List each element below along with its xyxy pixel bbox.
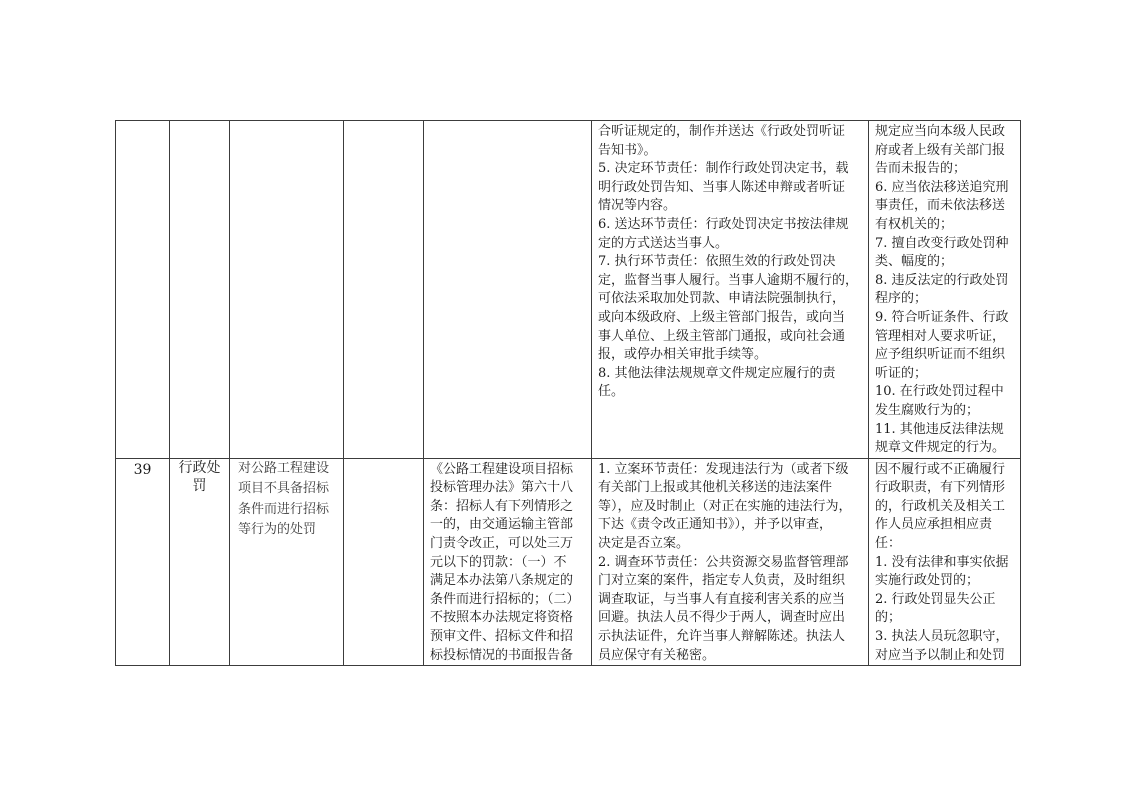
text-line: 6. 应当依法移送追究刑 — [875, 179, 1016, 198]
text-line: 7. 擅自改变行政处罚种 — [875, 235, 1016, 254]
type-text: 行政处罚 — [170, 459, 229, 495]
text-line: 条：招标人有下列情形之 — [430, 498, 587, 517]
duty-text: 合听证规定的，制作并送达《行政处罚听证告知书》。5. 决定环节责任：制作行政处罚… — [592, 121, 868, 402]
duty-text: 1. 立案环节责任：发现违法行为（或者下级有关部门上报或其他机关移送的违法案件等… — [592, 459, 868, 666]
text-line: 等行为的处罚 — [238, 520, 339, 541]
text-line: 或向本级政府、上级主管部门报告，或向当 — [598, 309, 864, 328]
text-line: 8. 其他法律法规规章文件规定应履行的责 — [598, 365, 864, 384]
document-page: 合听证规定的，制作并送达《行政处罚听证告知书》。5. 决定环节责任：制作行政处罚… — [0, 0, 1122, 793]
text-line: 10. 在行政处罚过程中 — [875, 383, 1016, 402]
cell-item-name: 对公路工程建设项目不具备招标条件而进行招标等行为的处罚 — [230, 458, 344, 666]
text-line: 行政职责，有下列情形 — [875, 479, 1016, 498]
text-line: 作人员应承担相应责 — [875, 516, 1016, 535]
responsibility-table: 合听证规定的，制作并送达《行政处罚听证告知书》。5. 决定环节责任：制作行政处罚… — [115, 120, 1021, 666]
text-line: 决定是否立案。 — [598, 535, 864, 554]
text-line: 6. 送达环节责任：行政处罚决定书按法律规 — [598, 216, 864, 235]
seq-number: 39 — [134, 462, 152, 478]
cell-sub-item — [344, 458, 424, 666]
text-line: 可依法采取加处罚款、申请法院强制执行， — [598, 290, 864, 309]
table-row: 合听证规定的，制作并送达《行政处罚听证告知书》。5. 决定环节责任：制作行政处罚… — [116, 121, 1021, 459]
text-line: 投标管理办法》第六十八 — [430, 479, 587, 498]
text-line: 8. 违反法定的行政处罚 — [875, 272, 1016, 291]
text-line: 应予组织听证而不组织 — [875, 346, 1016, 365]
text-line: 2. 调查环节责任：公共资源交易监督管理部 — [598, 554, 864, 573]
text-line: 府或者上级有关部门报 — [875, 142, 1016, 161]
text-line: 项目不具备招标 — [238, 479, 339, 500]
text-line: 实施行政处罚的； — [875, 572, 1016, 591]
cell-sub-item — [344, 121, 424, 459]
text-line: 《公路工程建设项目招标 — [430, 461, 587, 480]
text-line: 规章文件规定的行为。 — [875, 439, 1016, 458]
cell-duty: 1. 立案环节责任：发现违法行为（或者下级有关部门上报或其他机关移送的违法案件等… — [592, 458, 869, 666]
text-line: 1. 立案环节责任：发现违法行为（或者下级 — [598, 461, 864, 480]
cell-legal-basis: 《公路工程建设项目招标投标管理办法》第六十八条：招标人有下列情形之一的，由交通运… — [424, 458, 592, 666]
text-line: 行政处 — [170, 459, 229, 477]
cell-type: 行政处罚 — [170, 458, 230, 666]
cell-accountability: 因不履行或不正确履行行政职责，有下列情形的，行政机关及相关工作人员应承担相应责任… — [869, 458, 1021, 666]
text-line: 管理相对人要求听证， — [875, 328, 1016, 347]
text-line: 有权机关的； — [875, 216, 1016, 235]
text-line: 任： — [875, 535, 1016, 554]
text-line: 门对立案的案件，指定专人负责，及时组织 — [598, 572, 864, 591]
text-line: 任。 — [598, 383, 864, 402]
text-line: 因不履行或不正确履行 — [875, 461, 1016, 480]
cell-duty: 合听证规定的，制作并送达《行政处罚听证告知书》。5. 决定环节责任：制作行政处罚… — [592, 121, 869, 459]
text-line: 告知书》。 — [598, 142, 864, 161]
cell-accountability: 规定应当向本级人民政府或者上级有关部门报告而未报告的；6. 应当依法移送追究刑事… — [869, 121, 1021, 459]
text-line: 报，或停办相关审批手续等。 — [598, 346, 864, 365]
text-line: 调查取证，与当事人有直接利害关系的应当 — [598, 591, 864, 610]
cell-seq: 39 — [116, 458, 170, 666]
accountability-text: 规定应当向本级人民政府或者上级有关部门报告而未报告的；6. 应当依法移送追究刑事… — [869, 121, 1020, 458]
cell-item-name — [230, 121, 344, 459]
item-name-text: 对公路工程建设项目不具备招标条件而进行招标等行为的处罚 — [230, 459, 343, 541]
text-line: 2. 行政处罚显失公正 — [875, 591, 1016, 610]
text-line: 5. 决定环节责任：制作行政处罚决定书，载 — [598, 160, 864, 179]
text-line: 1. 没有法律和事实依据 — [875, 554, 1016, 573]
text-line: 情况等内容。 — [598, 197, 864, 216]
text-line: 有关部门上报或其他机关移送的违法案件 — [598, 479, 864, 498]
text-line: 明行政处罚告知、当事人陈述申辩或者听证 — [598, 179, 864, 198]
text-line: 对应当予以制止和处罚 — [875, 647, 1016, 666]
text-line: 听证的； — [875, 365, 1016, 384]
text-line: 定，监督当事人履行。当事人逾期不履行的， — [598, 272, 864, 291]
text-line: 示执法证件，允许当事人辩解陈述。执法人 — [598, 628, 864, 647]
text-line: 一的，由交通运输主管部 — [430, 516, 587, 535]
table-row: 39 行政处罚 对公路工程建设项目不具备招标条件而进行招标等行为的处罚 《公路工… — [116, 458, 1021, 666]
text-line: 条件而进行招标 — [238, 500, 339, 521]
text-line: 员应保守有关秘密。 — [598, 647, 864, 666]
text-line: 类、幅度的； — [875, 253, 1016, 272]
text-line: 9. 符合听证条件、行政 — [875, 309, 1016, 328]
text-line: 程序的； — [875, 290, 1016, 309]
text-line: 预审文件、招标文件和招 — [430, 628, 587, 647]
text-line: 下达《责令改正通知书》），并予以审查， — [598, 516, 864, 535]
text-line: 合听证规定的，制作并送达《行政处罚听证 — [598, 123, 864, 142]
text-line: 不按照本办法规定将资格 — [430, 609, 587, 628]
text-line: 规定应当向本级人民政 — [875, 123, 1016, 142]
text-line: 事责任，而未依法移送 — [875, 197, 1016, 216]
text-line: 回避。执法人员不得少于两人，调查时应出 — [598, 609, 864, 628]
text-line: 事人单位、上级主管部门通报，或向社会通 — [598, 328, 864, 347]
text-line: 的； — [875, 609, 1016, 628]
text-line: 标投标情况的书面报告备 — [430, 647, 587, 666]
text-line: 的，行政机关及相关工 — [875, 498, 1016, 517]
text-line: 元以下的罚款：（一）不 — [430, 554, 587, 573]
cell-legal-basis — [424, 121, 592, 459]
text-line: 罚 — [170, 477, 229, 495]
legal-basis-text: 《公路工程建设项目招标投标管理办法》第六十八条：招标人有下列情形之一的，由交通运… — [424, 459, 591, 666]
text-line: 定的方式送达当事人。 — [598, 235, 864, 254]
text-line: 7. 执行环节责任：依照生效的行政处罚决 — [598, 253, 864, 272]
text-line: 对公路工程建设 — [238, 459, 339, 480]
text-line: 发生腐败行为的； — [875, 402, 1016, 421]
text-line: 门责令改正，可以处三万 — [430, 535, 587, 554]
cell-type — [170, 121, 230, 459]
legal-basis-text — [424, 121, 591, 123]
text-line: 告而未报告的； — [875, 160, 1016, 179]
cell-seq — [116, 121, 170, 459]
accountability-text: 因不履行或不正确履行行政职责，有下列情形的，行政机关及相关工作人员应承担相应责任… — [869, 459, 1020, 666]
text-line: 3. 执法人员玩忽职守， — [875, 628, 1016, 647]
text-line: 11. 其他违反法律法规 — [875, 421, 1016, 440]
text-line: 条件而进行招标的；（二） — [430, 591, 587, 610]
text-line: 等），应及时制止（对正在实施的违法行为， — [598, 498, 864, 517]
text-line: 满足本办法第八条规定的 — [430, 572, 587, 591]
